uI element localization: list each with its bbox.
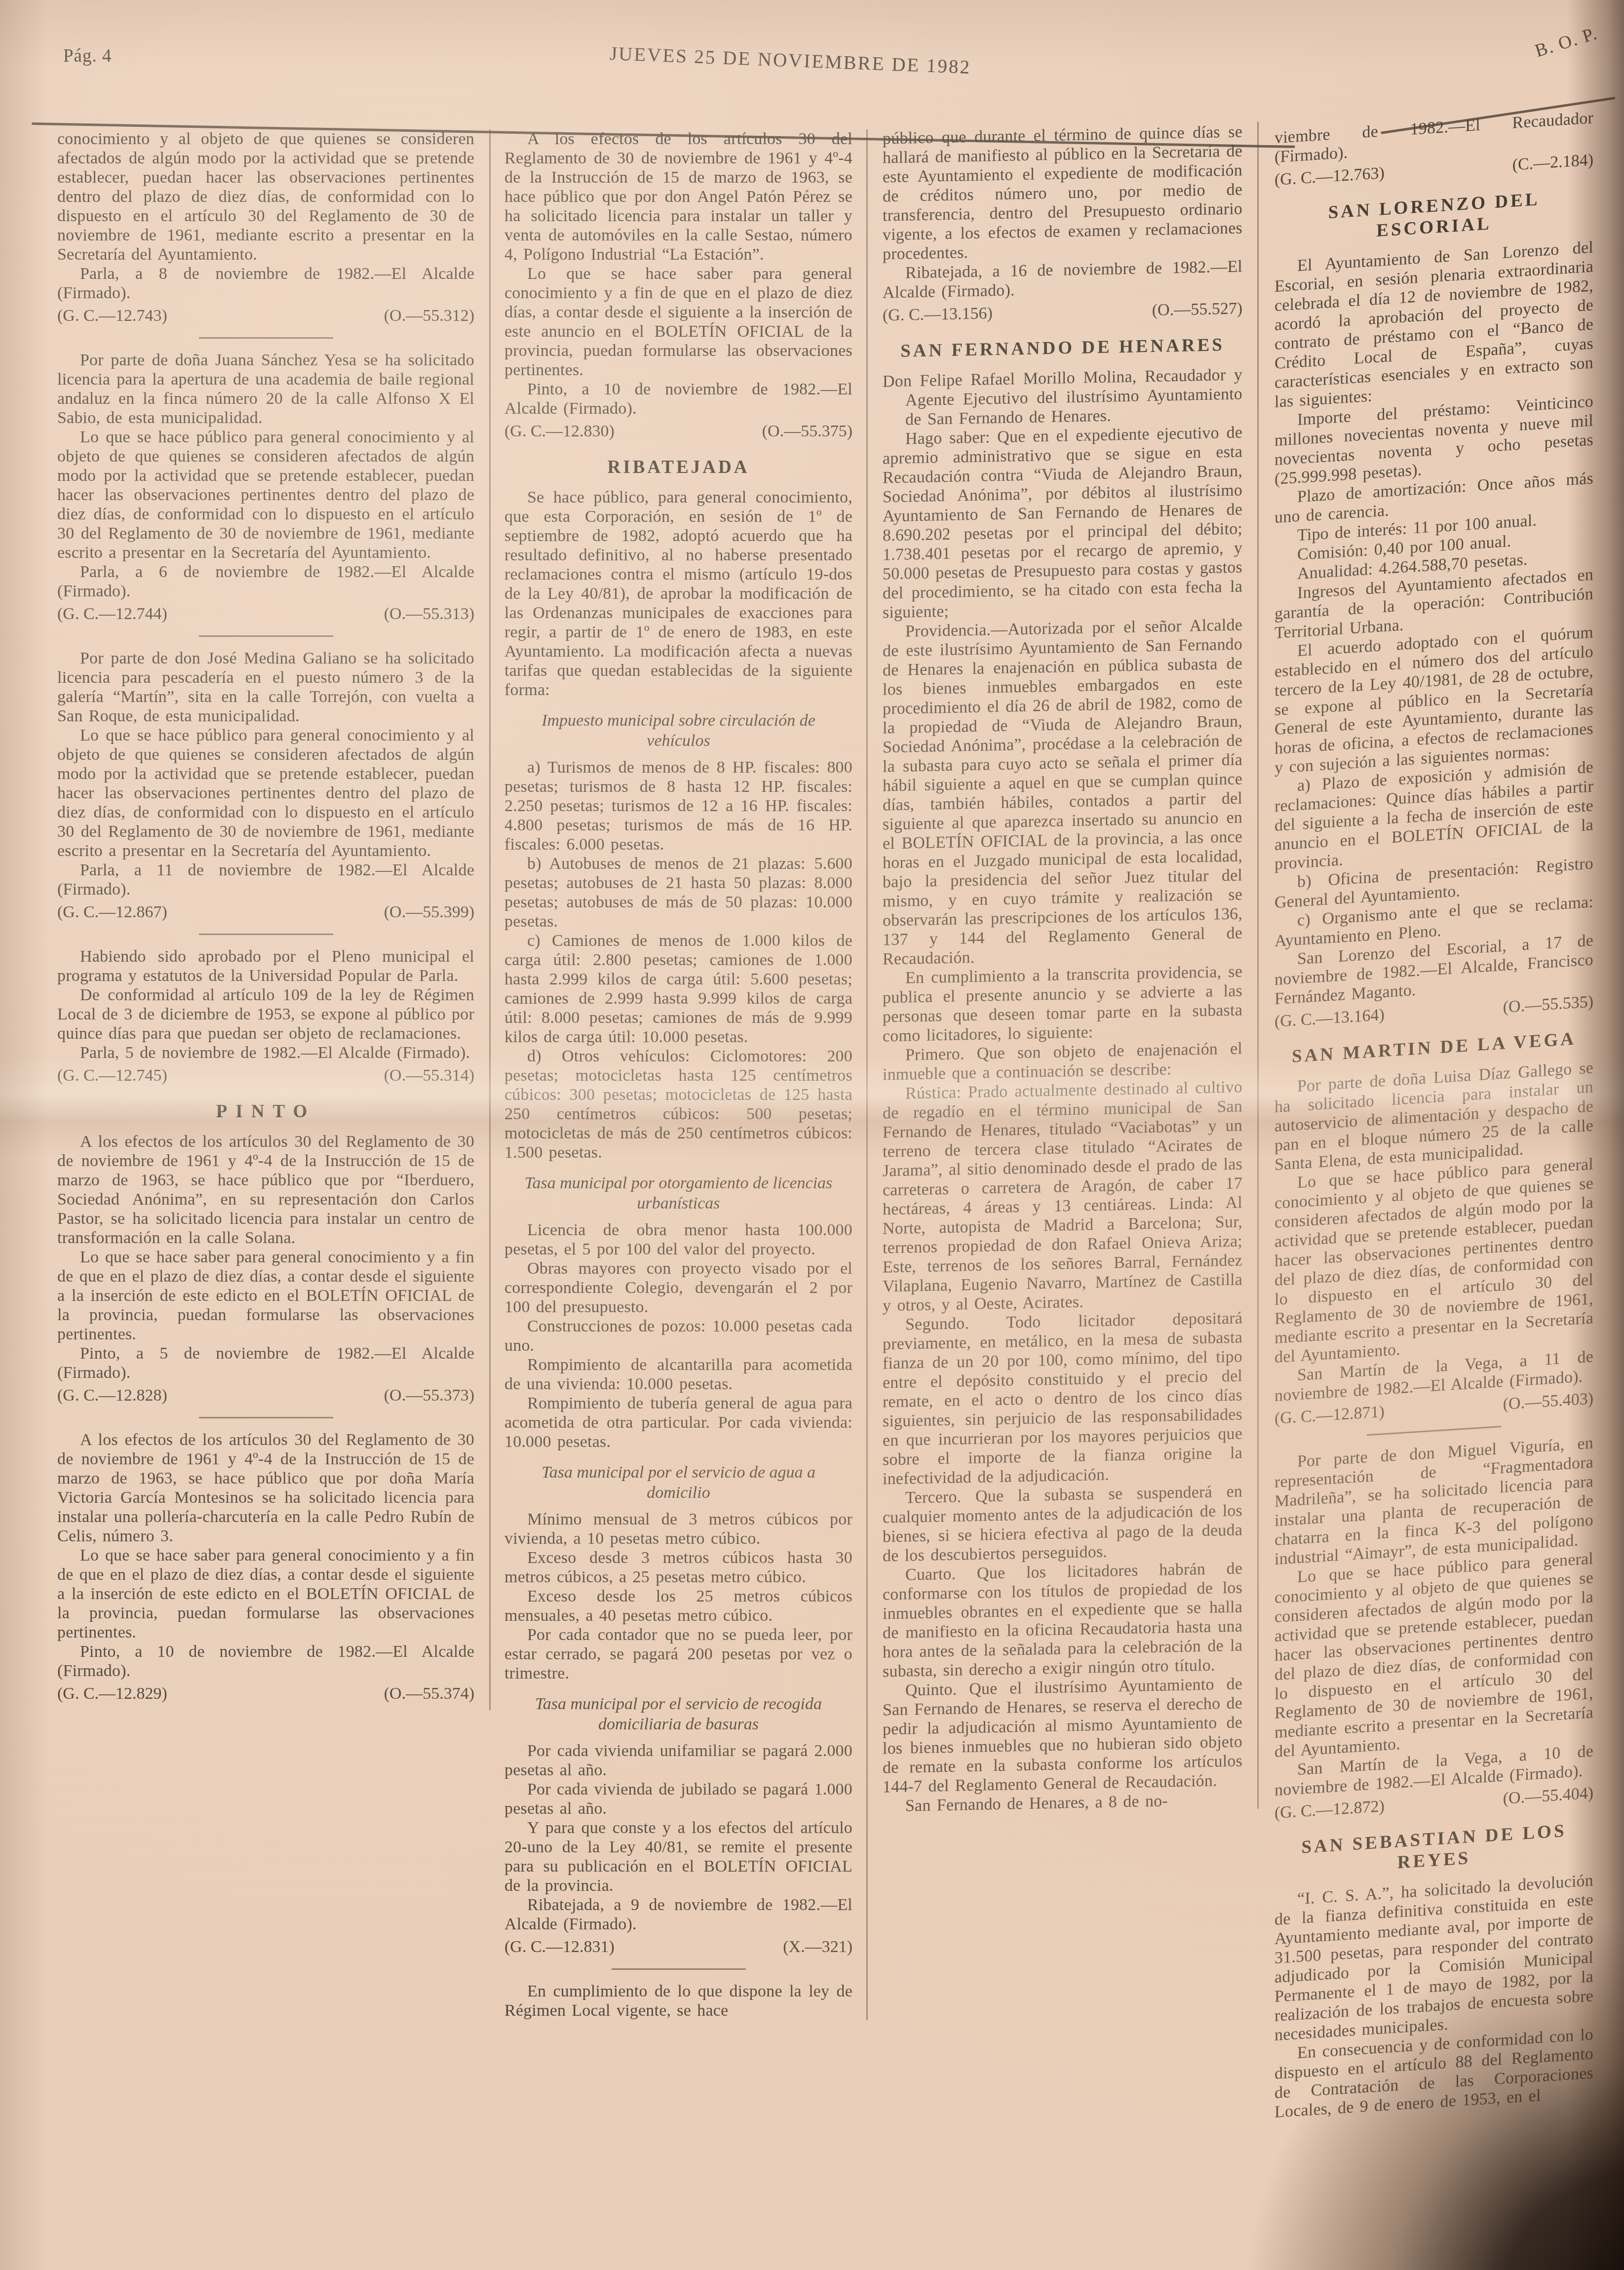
order-reference: (O.—55.375) [762,421,852,442]
entry-separator [199,337,333,339]
article-paragraph: Ribatejada, a 9 de noviembre de 1982.—El… [504,1895,852,1934]
article-paragraph: Providencia.—Autorizada por el señor Alc… [883,615,1242,969]
order-reference: (O.—55.404) [1503,1783,1593,1809]
gc-reference: (G. C.—12.830) [504,421,615,442]
reference-line: (G. C.—12.743)(O.—55.312) [57,306,474,326]
article-paragraph: Pinto, a 10 de noviembre de 1982.—El Alc… [504,380,852,418]
article-paragraph: A los efectos de los artículos 30 del Re… [57,1132,474,1248]
order-reference: (O.—55.312) [384,306,474,326]
reference-line: (G. C.—12.830)(O.—55.375) [504,421,852,442]
article-paragraph: c) Camiones de menos de 1.000 kilos de c… [504,931,852,1047]
reference-line: (G. C.—12.745)(O.—55.314) [57,1065,474,1086]
article-paragraph: Licencia de obra menor hasta 100.000 pes… [504,1220,852,1259]
gc-reference: (G. C.—12.867) [57,902,167,923]
article-paragraph: Segundo. Todo licitador depositará previ… [883,1308,1242,1488]
article-paragraph: Lo que se hace saber para general conoci… [57,1248,474,1344]
gc-reference: (G. C.—12.745) [57,1065,167,1086]
order-reference: (O.—55.527) [1152,298,1242,321]
gc-reference: (G. C.—12.743) [57,306,167,326]
article-paragraph: Por parte de doña Juana Sánchez Yesa se … [57,351,474,428]
article-paragraph: Cuarto. Que los licitadores habrán de co… [883,1559,1242,1681]
article-paragraph: De conformidad al artículo 109 de la ley… [57,985,474,1043]
municipality-heading: PINTO [57,1101,474,1122]
article-paragraph: Parla, a 8 de noviembre de 1982.—El Alca… [57,264,474,303]
order-reference: (C.—2.184) [1512,150,1593,175]
article-paragraph: Parla, 5 de noviembre de 1982.—El Alcald… [57,1043,474,1062]
article-paragraph: Obras mayores con proyecto visado por el… [504,1259,852,1317]
entry-separator [199,934,333,935]
article-paragraph: Primero. Que son objeto de enajenación e… [883,1039,1242,1084]
tariff-subheading: Tasa municipal por el servicio de recogi… [509,1694,848,1734]
article-paragraph: A los efectos de los artículos 30 del Re… [57,1430,474,1546]
article-paragraph: Parla, a 6 de noviembre de 1982.—El Alca… [57,562,474,601]
municipality-heading: SAN LORENZO DEL ESCORIAL [1275,185,1593,248]
text-column-3: público que durante el término de quince… [868,122,1259,1816]
article-paragraph: En cumplimiento a la transcrita providen… [883,962,1242,1046]
text-column-4: viembre de 1982.—El Recaudador (Firmado)… [1259,108,1593,2123]
reference-line: (G. C.—13.156)(O.—55.527) [883,298,1242,326]
article-paragraph: Don Felipe Rafael Morillo Molina, Recaud… [883,365,1242,430]
reference-line: (G. C.—12.867)(O.—55.399) [57,902,474,923]
entry-separator [612,1968,746,1970]
article-paragraph: Por cada contador que no se pueda leer, … [504,1625,852,1683]
article-paragraph: En cumplimiento de lo que dispone la ley… [504,1982,852,2020]
article-paragraph: El Ayuntamiento de San Lorenzo del Escor… [1275,237,1593,412]
gc-reference: (G. C.—12.872) [1275,1796,1385,1824]
header-date: JUEVES 25 DE NOVIEMBRE DE 1982 [609,42,971,78]
article-paragraph: Rompimiento de tubería general de agua p… [504,1394,852,1451]
article-paragraph: conocimiento y al objeto de que quienes … [57,129,474,264]
page-header: Pág. 4 JUEVES 25 DE NOVIEMBRE DE 1982 B.… [0,0,1624,128]
article-paragraph: Lo que se hace público para general cono… [1275,1154,1593,1367]
article-paragraph: público que durante el término de quince… [883,122,1242,264]
article-paragraph: Lo que se hace saber para general conoci… [504,264,852,380]
article-paragraph: Por cada vivienda de jubilado se pagará … [504,1780,852,1818]
article-paragraph: Mínimo mensual de 3 metros cúbicos por v… [504,1510,852,1548]
columns-container: conocimiento y al objeto de que quienes … [57,129,1593,2123]
text-column-1: conocimiento y al objeto de que quienes … [57,129,491,1710]
reference-line: (G. C.—12.831)(X.—321) [504,1937,852,1957]
article-paragraph: Exceso desde los 25 metros cúbicos mensu… [504,1587,852,1625]
entry-separator [199,635,333,637]
article-paragraph: Lo que se hace público para general cono… [1275,1549,1593,1761]
article-paragraph: Y para que conste y a los efectos del ar… [504,1818,852,1895]
article-paragraph: Por parte de don José Medina Galiano se … [57,649,474,726]
article-paragraph: b) Autobuses de menos de 21 plazas: 5.60… [504,854,852,931]
article-paragraph: Exceso desde 3 metros cúbicos hasta 30 m… [504,1548,852,1587]
article-paragraph: Rústica: Prado actualmente destinado al … [883,1077,1242,1315]
article-paragraph: Construcciones de pozos: 10.000 pesetas … [504,1317,852,1355]
article-paragraph: Por cada vivienda unifamiliar se pagará … [504,1741,852,1780]
article-paragraph: Pinto, a 10 de noviembre de 1982.—El Alc… [57,1642,474,1681]
reference-line: (G. C.—12.744)(O.—55.313) [57,604,474,625]
gc-reference: (G. C.—13.164) [1275,1005,1385,1032]
page-number: Pág. 4 [63,45,112,67]
municipality-heading: SAN SEBASTIAN DE LOS REYES [1275,1818,1593,1881]
article-paragraph: Ribatejada, a 16 de noviembre de 1982.—E… [883,257,1242,302]
article-paragraph: A los efectos de los artículos 30 del Re… [504,129,852,264]
gc-reference: (G. C.—12.828) [57,1385,167,1406]
entry-separator [1367,1426,1501,1436]
article-paragraph: Se hace público, para general conocimien… [504,488,852,700]
order-reference: (X.—321) [783,1937,852,1957]
article-paragraph: Lo que se hace público para general cono… [57,428,474,562]
article-paragraph: Por parte de don Miguel Viguría, en repr… [1275,1433,1593,1569]
gc-reference: (G. C.—12.871) [1275,1402,1385,1429]
article-paragraph: Hago saber: Que en el expediente ejecuti… [883,423,1242,622]
article-paragraph: a) Turismos de menos de 8 HP. fiscales: … [504,758,852,854]
municipality-heading: SAN FERNANDO DE HENARES [883,334,1242,362]
tariff-subheading: Impuesto municipal sobre circulación de … [509,710,848,751]
text-column-2: A los efectos de los artículos 30 del Re… [491,129,868,2020]
order-reference: (O.—55.374) [384,1683,474,1704]
article-paragraph: Parla, a 11 de noviembre de 1982.—El Alc… [57,861,474,899]
municipality-heading: RIBATEJADA [504,457,852,478]
order-reference: (O.—55.399) [384,902,474,923]
article-paragraph: Pinto, a 5 de noviembre de 1982.—El Alca… [57,1344,474,1382]
order-reference: (O.—55.403) [1503,1388,1593,1415]
gazette-page: { "page": { "label": "Pág. 4", "date": "… [0,0,1624,2270]
article-paragraph: Tercero. Que la subasta se suspenderá en… [883,1482,1242,1566]
reference-line: (G. C.—12.829)(O.—55.374) [57,1683,474,1704]
reference-line: (G. C.—12.828)(O.—55.373) [57,1385,474,1406]
bulletin-abbreviation: B. O. P. [1532,23,1600,62]
order-reference: (O.—55.314) [384,1065,474,1086]
article-paragraph: d) Otros vehículos: Ciclomotores: 200 pe… [504,1047,852,1162]
order-reference: (O.—55.313) [384,604,474,625]
article-paragraph: Lo que se hace público para general cono… [57,726,474,861]
tariff-subheading: Tasa municipal por otorgamiento de licen… [509,1173,848,1213]
article-paragraph: Lo que se hace saber para general conoci… [57,1546,474,1642]
article-paragraph: El acuerdo adoptado con el quórum establ… [1275,623,1593,778]
article-paragraph: Quinto. Que el ilustrísimo Ayuntamiento … [883,1674,1242,1797]
article-paragraph: “I. C. S. A.”, ha solicitado la devoluci… [1275,1871,1593,2045]
order-reference: (O.—55.535) [1503,991,1593,1018]
gc-reference: (G. C.—12.829) [57,1683,167,1704]
article-paragraph: Rompimiento de alcantarilla para acometi… [504,1355,852,1394]
tariff-subheading: Tasa municipal por el servicio de agua a… [509,1462,848,1503]
article-paragraph: Habiendo sido aprobado por el Pleno muni… [57,947,474,985]
gc-reference: (G. C.—12.744) [57,604,167,625]
gc-reference: (G. C.—12.831) [504,1937,615,1957]
order-reference: (O.—55.373) [384,1385,474,1406]
gc-reference: (G. C.—13.156) [883,303,993,326]
entry-separator [199,1417,333,1418]
gc-reference: (G. C.—12.763) [1275,163,1385,191]
